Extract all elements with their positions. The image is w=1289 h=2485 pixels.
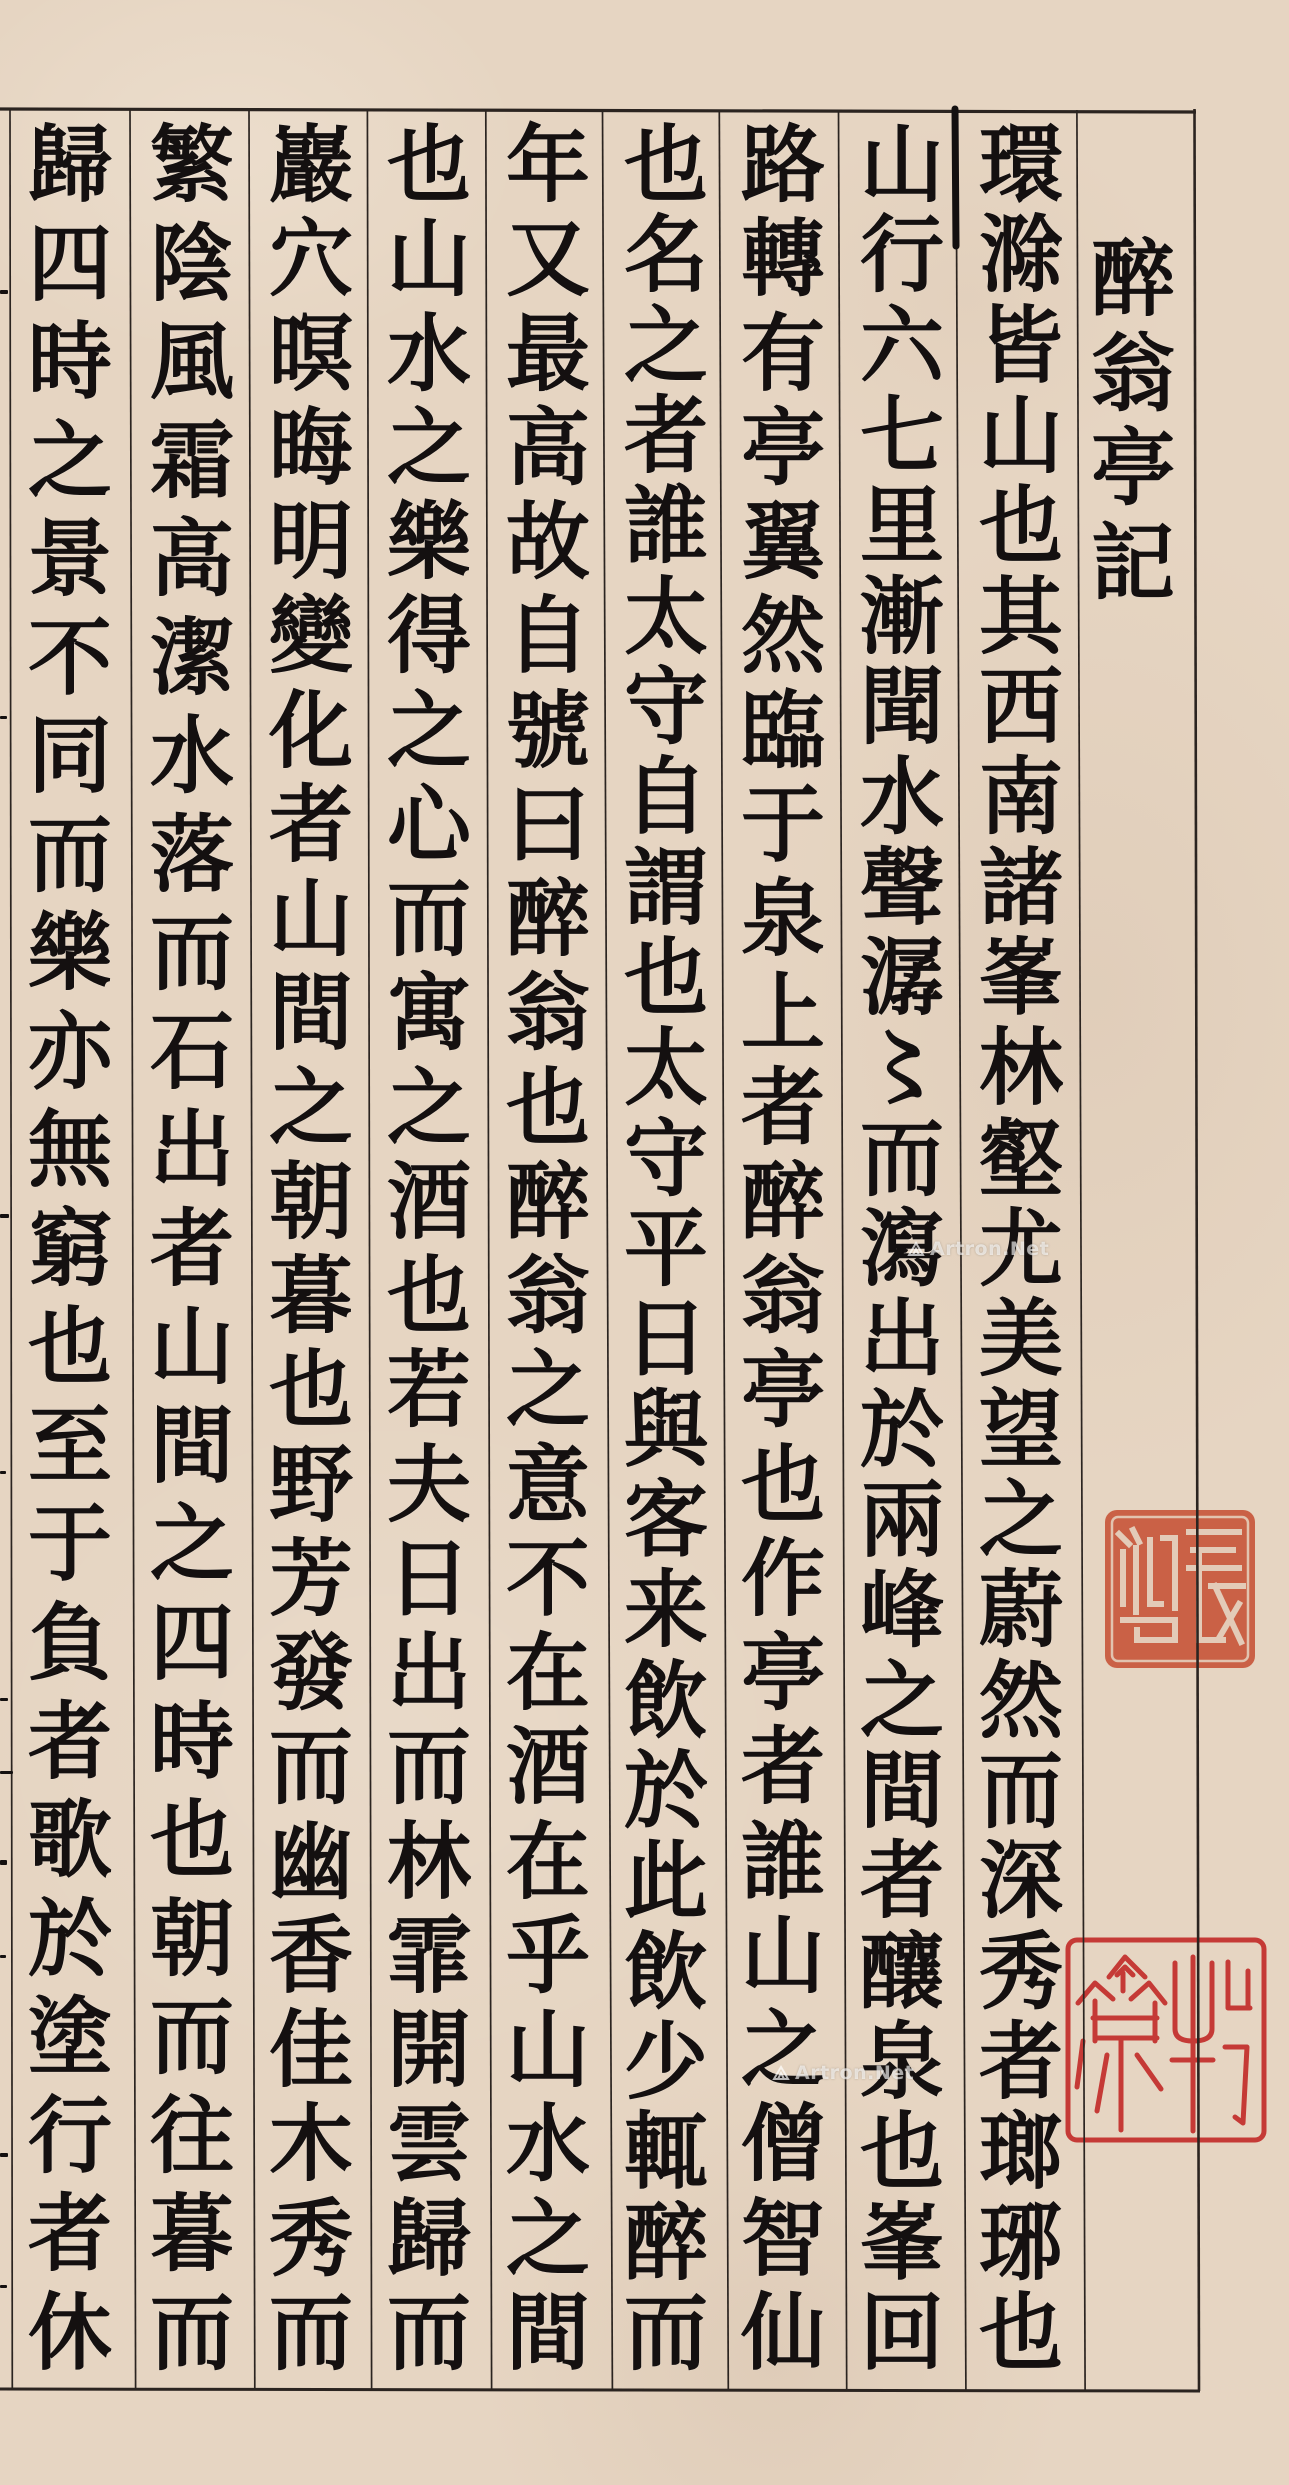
character: 望 [965, 1387, 1077, 1473]
character: 環 [965, 122, 1077, 208]
character: 壑 [965, 1116, 1077, 1202]
character: 兩 [846, 1477, 958, 1563]
character: 而 [255, 1724, 367, 1810]
character: 峰 [846, 1567, 958, 1653]
character: 者 [136, 1206, 248, 1292]
character: 繁 [136, 122, 248, 208]
text-column: 歸四時之景不同而樂亦無窮也至于負者歌於塗行者休 [10, 122, 130, 2376]
text-column: 年又最高故自號曰醉翁也醉翁之意不在酒在乎山水之間 [488, 122, 608, 2376]
character: 而 [373, 2290, 485, 2376]
character: 四 [14, 221, 126, 307]
character: 乎 [492, 1913, 604, 1999]
ink-fragment [0, 1771, 13, 1774]
ink-fragment [0, 716, 7, 719]
character: 守 [610, 1116, 722, 1202]
character: 若 [373, 1347, 485, 1433]
character: 朝 [136, 1896, 248, 1982]
character: 醉 [492, 876, 604, 962]
character: 而 [136, 910, 248, 996]
character: 之 [14, 418, 126, 504]
character: 年 [492, 122, 604, 208]
character: 作 [727, 1536, 839, 1622]
character: 仙 [727, 2290, 839, 2376]
character: 也 [373, 122, 485, 208]
character: 之 [492, 1347, 604, 1433]
character: 南 [965, 754, 1077, 840]
character: 之 [610, 303, 722, 389]
character: 間 [255, 970, 367, 1056]
character: 水 [373, 311, 485, 397]
character: 寓 [373, 970, 485, 1056]
character: 之 [373, 688, 485, 774]
character: 七 [846, 393, 958, 479]
character: 釀 [846, 1929, 958, 2015]
character: 水 [136, 713, 248, 799]
character: 化 [255, 688, 367, 774]
character: 在 [492, 1819, 604, 1905]
text-column: 路轉有亭翼然臨于泉上者醉翁亭也作亭者誰山之僧智仙 [723, 122, 843, 2376]
character: 之 [255, 1065, 367, 1151]
character: 里 [846, 483, 958, 569]
character: 林 [373, 1819, 485, 1905]
character: 心 [373, 782, 485, 868]
character: 蔚 [965, 1567, 1077, 1653]
character: 也 [14, 1304, 126, 1390]
character: 誰 [610, 483, 722, 569]
character: 也 [136, 1797, 248, 1883]
manuscript-page: 醉翁亭記 環滁皆山也其西南諸峯林壑尤美望之蔚然而深秀者瑯琊也 山行六七里漸聞水聲… [0, 0, 1289, 2485]
character: 同 [14, 713, 126, 799]
character: 之 [965, 1477, 1077, 1563]
character: 雲 [373, 2101, 485, 2187]
character: 于 [727, 782, 839, 868]
character: 時 [136, 1699, 248, 1785]
character: 瑯 [965, 2109, 1077, 2195]
character: 聞 [846, 664, 958, 750]
character: 飲 [610, 1658, 722, 1744]
character: 峯 [846, 2200, 958, 2286]
character: 朝 [255, 1159, 367, 1245]
character: 山 [136, 1304, 248, 1390]
character: 日 [373, 1536, 485, 1622]
character: 穴 [255, 216, 367, 302]
character: 于 [14, 1501, 126, 1587]
character: 最 [492, 311, 604, 397]
character: 者 [727, 1724, 839, 1810]
character: 樂 [373, 499, 485, 585]
text-column: 也山水之樂得之心而寓之酒也若夫日出而林霏開雲歸而 [369, 122, 489, 2376]
character: 客 [610, 1477, 722, 1563]
character: 翼 [727, 499, 839, 585]
character: 潺 [846, 935, 958, 1021]
character: 至 [14, 1403, 126, 1489]
character: 醉 [727, 1159, 839, 1245]
character: 水 [492, 2101, 604, 2187]
title-character: 記 [1077, 520, 1189, 606]
character: 於 [610, 1748, 722, 1834]
character: 平 [610, 1206, 722, 1292]
character: 幽 [255, 1819, 367, 1905]
character: 日 [610, 1296, 722, 1382]
character: 在 [492, 1630, 604, 1716]
character: 輒 [610, 2109, 722, 2195]
character: 太 [610, 574, 722, 660]
character: 有 [727, 311, 839, 397]
character: 謂 [610, 845, 722, 931]
character: 四 [136, 1600, 248, 1686]
character: 路 [727, 122, 839, 208]
ink-fragment [0, 1860, 7, 1865]
character: 歌 [14, 1797, 126, 1883]
character: 出 [136, 1107, 248, 1193]
character: 皆 [965, 303, 1077, 389]
character: 琊 [965, 2200, 1077, 2286]
character: 山 [373, 216, 485, 302]
character: 上 [727, 970, 839, 1056]
character: 出 [846, 1296, 958, 1382]
character: 太 [610, 1025, 722, 1111]
character: 暮 [136, 2191, 248, 2277]
character: 無 [14, 1107, 126, 1193]
character: 變 [255, 593, 367, 679]
character: 者 [965, 2019, 1077, 2105]
seal-stamp-intaglio [1103, 1508, 1257, 1670]
character: 而 [136, 1994, 248, 2080]
ink-fragment [0, 1955, 6, 1958]
character: 翁 [727, 1253, 839, 1339]
title-character: 亭 [1077, 425, 1189, 511]
character: 漸 [846, 574, 958, 660]
character: 亭 [727, 1630, 839, 1716]
character: 西 [965, 664, 1077, 750]
watermark: Artron.Net [907, 1238, 1049, 1260]
character: 其 [965, 574, 1077, 660]
character: 来 [610, 1567, 722, 1653]
character: 深 [965, 1838, 1077, 1924]
character: 於 [14, 1896, 126, 1982]
character: 景 [14, 516, 126, 602]
character: 山 [255, 876, 367, 962]
character: 佳 [255, 2007, 367, 2093]
character: 高 [136, 516, 248, 602]
character: 而 [965, 1748, 1077, 1834]
character: 智 [727, 2196, 839, 2282]
character: 石 [136, 1009, 248, 1095]
text-column: 繁陰風霜高潔水落而石出者山間之四時也朝而往暮而 [132, 122, 252, 2376]
character: 而 [136, 2290, 248, 2376]
character: 翁 [492, 1253, 604, 1339]
character: 而 [610, 2290, 722, 2376]
character: 落 [136, 812, 248, 898]
character: 與 [610, 1387, 722, 1473]
character: 時 [14, 319, 126, 405]
title-column: 醉翁亭記 [1073, 236, 1193, 606]
character: 得 [373, 593, 485, 679]
character: 巖 [255, 122, 367, 208]
ink-fragment [0, 2153, 8, 2157]
character: 少 [610, 2019, 722, 2105]
character: 歸 [373, 2196, 485, 2282]
character: 之 [373, 405, 485, 491]
character: 水 [846, 754, 958, 840]
character: 負 [14, 1600, 126, 1686]
character: 開 [373, 2007, 485, 2093]
character: 不 [14, 615, 126, 701]
character: 者 [14, 2191, 126, 2277]
character: 明 [255, 499, 367, 585]
character: 此 [610, 1838, 722, 1924]
character: 不 [492, 1536, 604, 1622]
character: 秀 [255, 2196, 367, 2282]
character: 泉 [727, 876, 839, 962]
character: 滁 [965, 212, 1077, 298]
character: 飲 [610, 1929, 722, 2015]
character: 臨 [727, 688, 839, 774]
character: 之 [136, 1501, 248, 1587]
character: 者 [255, 782, 367, 868]
character: 諸 [965, 845, 1077, 931]
ink-fragment [0, 1471, 6, 1474]
character: 出 [373, 1630, 485, 1716]
character: 山 [965, 393, 1077, 479]
character: 自 [610, 754, 722, 840]
character: 回 [846, 2290, 958, 2376]
character: 於 [846, 1387, 958, 1473]
character: 之 [373, 1065, 485, 1151]
character: 行 [846, 212, 958, 298]
character: 也 [727, 1442, 839, 1528]
character: 僧 [727, 2101, 839, 2187]
character: 者 [846, 1838, 958, 1924]
character: 風 [136, 319, 248, 405]
character: 曰 [492, 782, 604, 868]
character: 間 [492, 2290, 604, 2376]
character: 木 [255, 2101, 367, 2187]
character: 又 [492, 216, 604, 302]
character: 晦 [255, 405, 367, 491]
watermark-text: Artron.Net [795, 2062, 914, 2084]
ink-fragment [0, 290, 8, 294]
character: 然 [727, 593, 839, 679]
artron-logo-icon [907, 1241, 925, 1257]
text-column: 也名之者誰太守自謂也太守平日與客来飲於此飲少輒醉而 [606, 122, 726, 2376]
character: 發 [255, 1630, 367, 1716]
character: 樂 [14, 910, 126, 996]
character: 轉 [727, 216, 839, 302]
character: 聲 [846, 845, 958, 931]
character: 亦 [14, 1009, 126, 1095]
character: 然 [965, 1658, 1077, 1744]
character: 也 [610, 935, 722, 1021]
character: 霜 [136, 418, 248, 504]
character: 之 [492, 2196, 604, 2282]
character: 守 [610, 664, 722, 750]
character: 往 [136, 2093, 248, 2179]
watermark-text: Artron.Net [930, 1238, 1049, 1260]
character: 暝 [255, 311, 367, 397]
character: 美 [965, 1296, 1077, 1382]
character: 潔 [136, 615, 248, 701]
character: 也 [492, 1065, 604, 1151]
character: 號 [492, 688, 604, 774]
character: 暮 [255, 1253, 367, 1339]
character: 亭 [727, 1347, 839, 1433]
character: 窮 [14, 1206, 126, 1292]
character: 野 [255, 1442, 367, 1528]
character: 故 [492, 499, 604, 585]
character: 高 [492, 405, 604, 491]
character: 林 [965, 1025, 1077, 1111]
character: 霏 [373, 1913, 485, 1999]
character: 名 [610, 212, 722, 298]
ink-fragment [0, 1698, 8, 1701]
character: 間 [846, 1748, 958, 1834]
artron-logo-icon [772, 2065, 790, 2081]
character: 〻 [846, 1025, 958, 1111]
character: 而 [846, 1116, 958, 1202]
character: 行 [14, 2093, 126, 2179]
character: 而 [373, 876, 485, 962]
seal-stamp-relief [1065, 1937, 1267, 2143]
character: 酒 [373, 1159, 485, 1245]
character: 而 [373, 1724, 485, 1810]
character: 香 [255, 1913, 367, 1999]
character: 山 [492, 2007, 604, 2093]
character: 意 [492, 1442, 604, 1528]
character: 自 [492, 593, 604, 679]
character: 峯 [965, 935, 1077, 1021]
character: 之 [846, 1658, 958, 1744]
character: 秀 [965, 1929, 1077, 2015]
character: 芳 [255, 1536, 367, 1622]
character: 也 [255, 1347, 367, 1433]
title-character: 翁 [1077, 331, 1189, 417]
character: 山 [727, 1913, 839, 1999]
character: 者 [14, 1699, 126, 1785]
character: 塗 [14, 1994, 126, 2080]
character: 陰 [136, 221, 248, 307]
character: 誰 [727, 1819, 839, 1905]
character: 夫 [373, 1442, 485, 1528]
ink-fragment [0, 2285, 7, 2288]
character: 而 [14, 812, 126, 898]
character: 者 [610, 393, 722, 479]
character: 也 [610, 122, 722, 208]
character: 酒 [492, 1724, 604, 1810]
character: 山 [846, 122, 958, 208]
character: 也 [965, 2290, 1077, 2376]
character: 也 [965, 483, 1077, 569]
character: 醉 [492, 1159, 604, 1245]
character: 也 [846, 2109, 958, 2195]
character: 醉 [610, 2200, 722, 2286]
character: 六 [846, 303, 958, 389]
character: 休 [14, 2290, 126, 2376]
character: 歸 [14, 122, 126, 208]
character: 間 [136, 1403, 248, 1489]
character: 而 [255, 2290, 367, 2376]
character: 者 [727, 1065, 839, 1151]
text-column: 巖穴暝晦明變化者山間之朝暮也野芳發而幽香佳木秀而 [251, 122, 371, 2376]
watermark: Artron.Net [772, 2062, 914, 2084]
character: 亭 [727, 405, 839, 491]
character: 翁 [492, 970, 604, 1056]
character: 也 [373, 1253, 485, 1339]
ink-fragment [0, 1214, 9, 1218]
title-character: 醉 [1077, 236, 1189, 322]
